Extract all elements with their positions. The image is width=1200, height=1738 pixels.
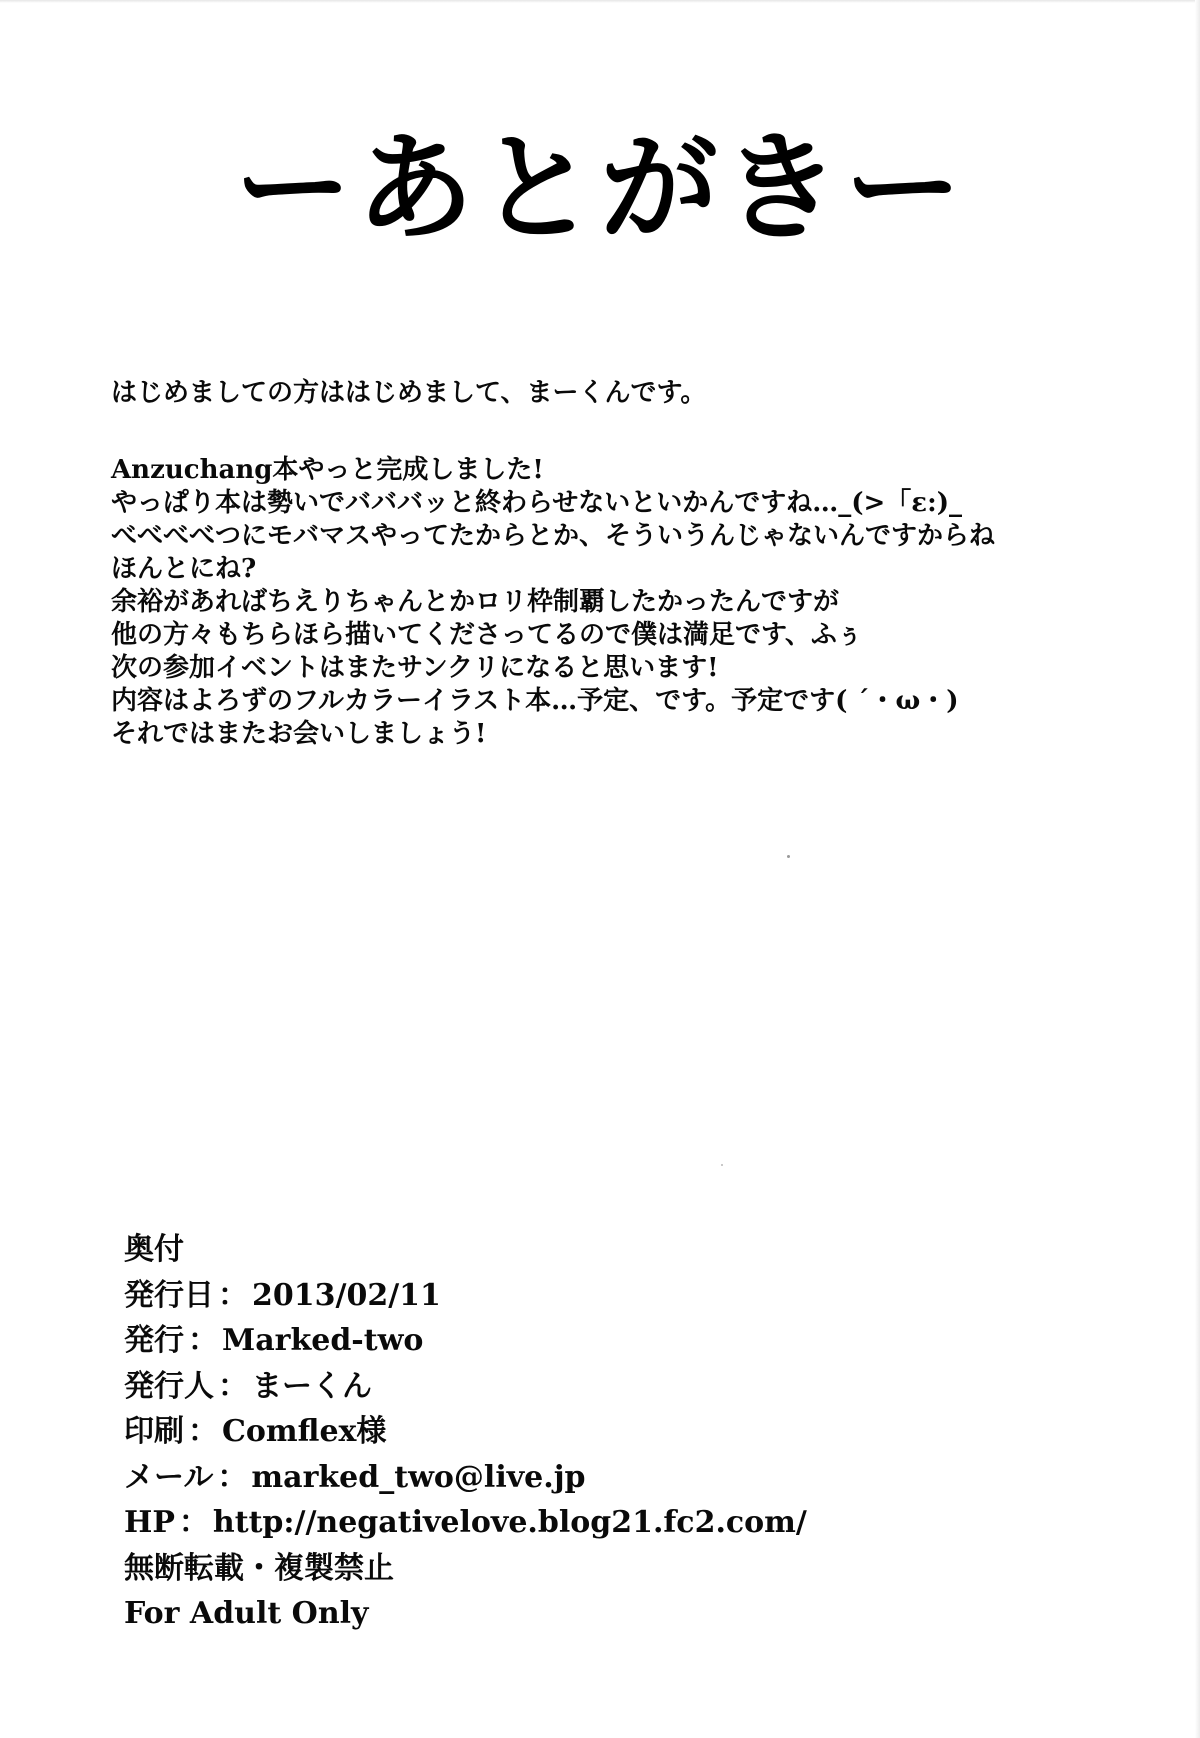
copyright-notice: 無断転載・複製禁止 [124, 1546, 1024, 1592]
afterword-body: はじめましての方ははじめまして、まーくんです。 Anzuchang本やっと完成し… [111, 377, 1111, 751]
colophon-value: Marked-two [222, 1323, 423, 1358]
colophon-heading: 奥付 [124, 1227, 1024, 1273]
scan-speck [787, 855, 790, 858]
colophon-label: 印刷 [124, 1414, 184, 1449]
scan-edge-top [0, 0, 1200, 3]
page-title: ーあとがきー [0, 118, 1200, 258]
colophon-value: 2013/02/11 [252, 1278, 441, 1313]
colophon-entry-homepage: HP：http://negativelove.blog21.fc2.com/ [124, 1500, 1024, 1546]
afterword-page: ーあとがきー はじめましての方ははじめまして、まーくんです。 Anzuchang… [0, 0, 1200, 1738]
colophon-separator: ： [214, 1278, 252, 1313]
afterword-line: それではまたお会いしましょう! [111, 718, 1111, 751]
colophon-label: 発行人 [124, 1369, 214, 1404]
colophon-separator: ： [214, 1369, 252, 1404]
colophon-separator: ： [184, 1323, 222, 1358]
afterword-line: Anzuchang本やっと完成しました! [111, 454, 1111, 487]
greeting-line: はじめましての方ははじめまして、まーくんです。 [111, 377, 1111, 410]
colophon-entry-email: メール：marked_two@live.jp [124, 1455, 1024, 1501]
email-address: marked_two@live.jp [251, 1460, 585, 1495]
afterword-line: べべべべつにモバマスやってたからとか、そういうんじゃないんですからね [111, 520, 1111, 553]
colophon-value: Comflex様 [222, 1414, 386, 1449]
homepage-url: http://negativelove.blog21.fc2.com/ [213, 1505, 807, 1540]
colophon-label: メール [124, 1460, 213, 1495]
colophon-entry-date: 発行日：2013/02/11 [124, 1273, 1024, 1319]
colophon-separator: ： [213, 1460, 251, 1495]
colophon-entry-issuer: 発行人：まーくん [124, 1364, 1024, 1410]
afterword-line: 余裕があればちえりちゃんとかロリ枠制覇したかったんですが [111, 586, 1111, 619]
rating-notice: For Adult Only [124, 1591, 1024, 1637]
afterword-line: 他の方々もちらほら描いてくださってるので僕は満足です、ふぅ [111, 619, 1111, 652]
afterword-line: ほんとにね? [111, 553, 1111, 586]
colophon-separator: ： [175, 1505, 213, 1540]
scan-speck [721, 1164, 723, 1166]
paragraph-gap [111, 410, 1111, 454]
colophon-value: まーくん [252, 1369, 372, 1404]
colophon-label: HP [124, 1505, 175, 1540]
colophon-label: 発行日 [124, 1278, 214, 1313]
afterword-line: 次の参加イベントはまたサンクリになると思います! [111, 652, 1111, 685]
colophon-entry-publisher: 発行：Marked-two [124, 1318, 1024, 1364]
colophon-label: 発行 [124, 1323, 184, 1358]
scan-edge-right [1195, 0, 1200, 1738]
afterword-line: 内容はよろずのフルカラーイラスト本…予定、です。予定です( ´・ω・) [111, 685, 1111, 718]
colophon-separator: ： [184, 1414, 222, 1449]
afterword-line: やっぱり本は勢いでバババッと終わらせないといかんですね…_(>「ε:)_ [111, 487, 1111, 520]
colophon: 奥付 発行日：2013/02/11 発行：Marked-two 発行人：まーくん… [124, 1227, 1024, 1637]
colophon-entry-printer: 印刷：Comflex様 [124, 1409, 1024, 1455]
